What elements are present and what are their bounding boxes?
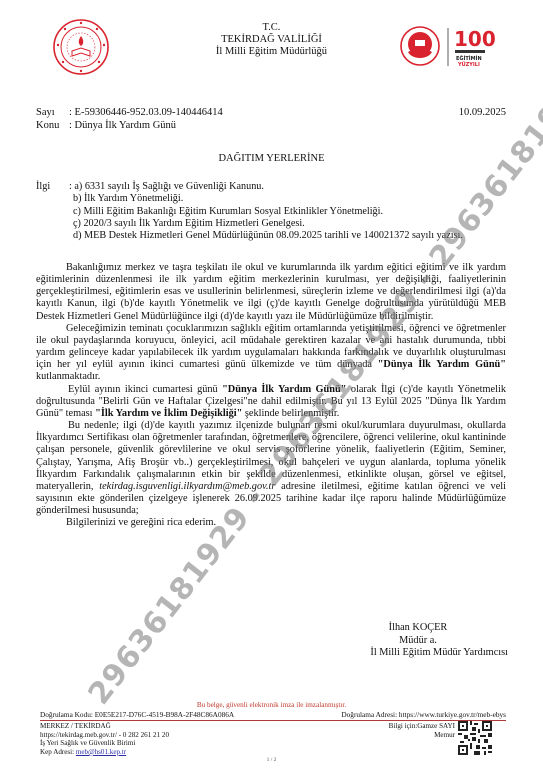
svg-text:EĞİTİMİN: EĞİTİMİN (456, 55, 482, 62)
signer-title-2: İl Milli Eğitim Müdür Yardımcısı (330, 647, 508, 660)
closing: Bilgilerinizi ve gereğini rica ederim. (36, 517, 506, 529)
century-of-education-logo: 100 EĞİTİMİN YÜZYILI (398, 22, 508, 74)
references: İlgi : a) 6331 sayılı İş Sağlığı ve Güve… (36, 181, 506, 242)
verification-code: Doğrulama Kodu: E0E5E217-D76C-4519-B98A-… (40, 710, 234, 719)
paragraph-1: Bakanlığımız merkez ve taşra teşkilatı i… (36, 262, 506, 323)
number-value: : E-59306446-952.03.09-140446414 (69, 106, 506, 119)
subject-value: : Dünya İlk Yardım Günü (69, 119, 506, 132)
email-address: tekirdag.isguvenligi.ilkyardım@meb.gov.t… (99, 481, 275, 492)
references-label: İlgi (36, 181, 69, 242)
subject-label: Konu (36, 119, 69, 132)
reference-item: ç) 2020/3 sayılı İlk Yardım Eğitim Hizme… (69, 218, 506, 230)
paragraph-2: Geleceğimizin teminatı çocuklarımızın sa… (36, 323, 506, 384)
svg-text:YÜZYILI: YÜZYILI (457, 61, 480, 68)
page-number: 1 / 2 (0, 757, 543, 763)
signature-block: İlhan KOÇER Müdür a. İl Milli Eğitim Müd… (330, 622, 506, 660)
letter-body: Bakanlığımız merkez ve taşra teşkilatı i… (36, 262, 506, 529)
signer-title-1: Müdür a. (330, 635, 506, 648)
document-meta: Sayı : E-59306446-952.03.09-140446414 Ko… (36, 106, 506, 132)
verification-address[interactable]: Doğrulama Adresi: https://www.turkiye.go… (341, 710, 506, 719)
signer-name: İlhan KOÇER (330, 622, 506, 635)
reference-item: : a) 6331 sayılı İş Sağlığı ve Güvenliği… (69, 181, 506, 193)
esignature-notice: Bu belge, güvenli elektronik imza ile im… (0, 701, 543, 709)
qr-code-icon (458, 721, 492, 755)
kep-address-link[interactable]: meb@hs01.kep.tr (76, 748, 126, 756)
paragraph-3: Eylül ayının ikinci cumartesi günü "Düny… (36, 384, 506, 420)
number-row: Sayı : E-59306446-952.03.09-140446414 (36, 106, 506, 119)
reference-item: d) MEB Destek Hizmetleri Genel Müdürlüğü… (69, 230, 506, 242)
footer-web-phone: https://tekirdag.meb.gov.tr/ - 0 282 261… (40, 731, 169, 740)
document-page: T.C. TEKİRDAĞ VALİLİĞİ İl Milli Eğitim M… (0, 0, 543, 768)
paragraph-4: Bu nedenle; ilgi (d)'de kayıtlı yazımız … (36, 420, 506, 517)
reference-item: b) İlk Yardım Yönetmeliği. (69, 193, 506, 205)
document-date: 10.09.2025 (459, 106, 506, 119)
footer-contact: MERKEZ / TEKİRDAĞ https://tekirdag.meb.g… (40, 722, 169, 756)
footer-department: İş Yeri Sağlık ve Güvenlik Birimi (40, 739, 169, 748)
footer-kep: Kep Adresi: meb@hs01.kep.tr (40, 748, 169, 757)
references-list: : a) 6331 sayılı İş Sağlığı ve Güvenliği… (69, 181, 506, 242)
addressee: DAĞITIM YERLERİNE (0, 153, 543, 164)
verification-line: Doğrulama Kodu: E0E5E217-D76C-4519-B98A-… (40, 710, 506, 721)
info-role: Memur (389, 731, 455, 740)
footer-info: Bilgi için:Gamze SAYI Memur (389, 722, 455, 739)
number-label: Sayı (36, 106, 69, 119)
info-contact: Bilgi için:Gamze SAYI (389, 722, 455, 731)
footer-unit: MERKEZ / TEKİRDAĞ (40, 722, 169, 731)
subject-row: Konu : Dünya İlk Yardım Günü (36, 119, 506, 132)
logo-100-text: 100 (454, 27, 496, 51)
reference-item: c) Milli Eğitim Bakanlığı Eğitim Kurumla… (69, 206, 506, 218)
